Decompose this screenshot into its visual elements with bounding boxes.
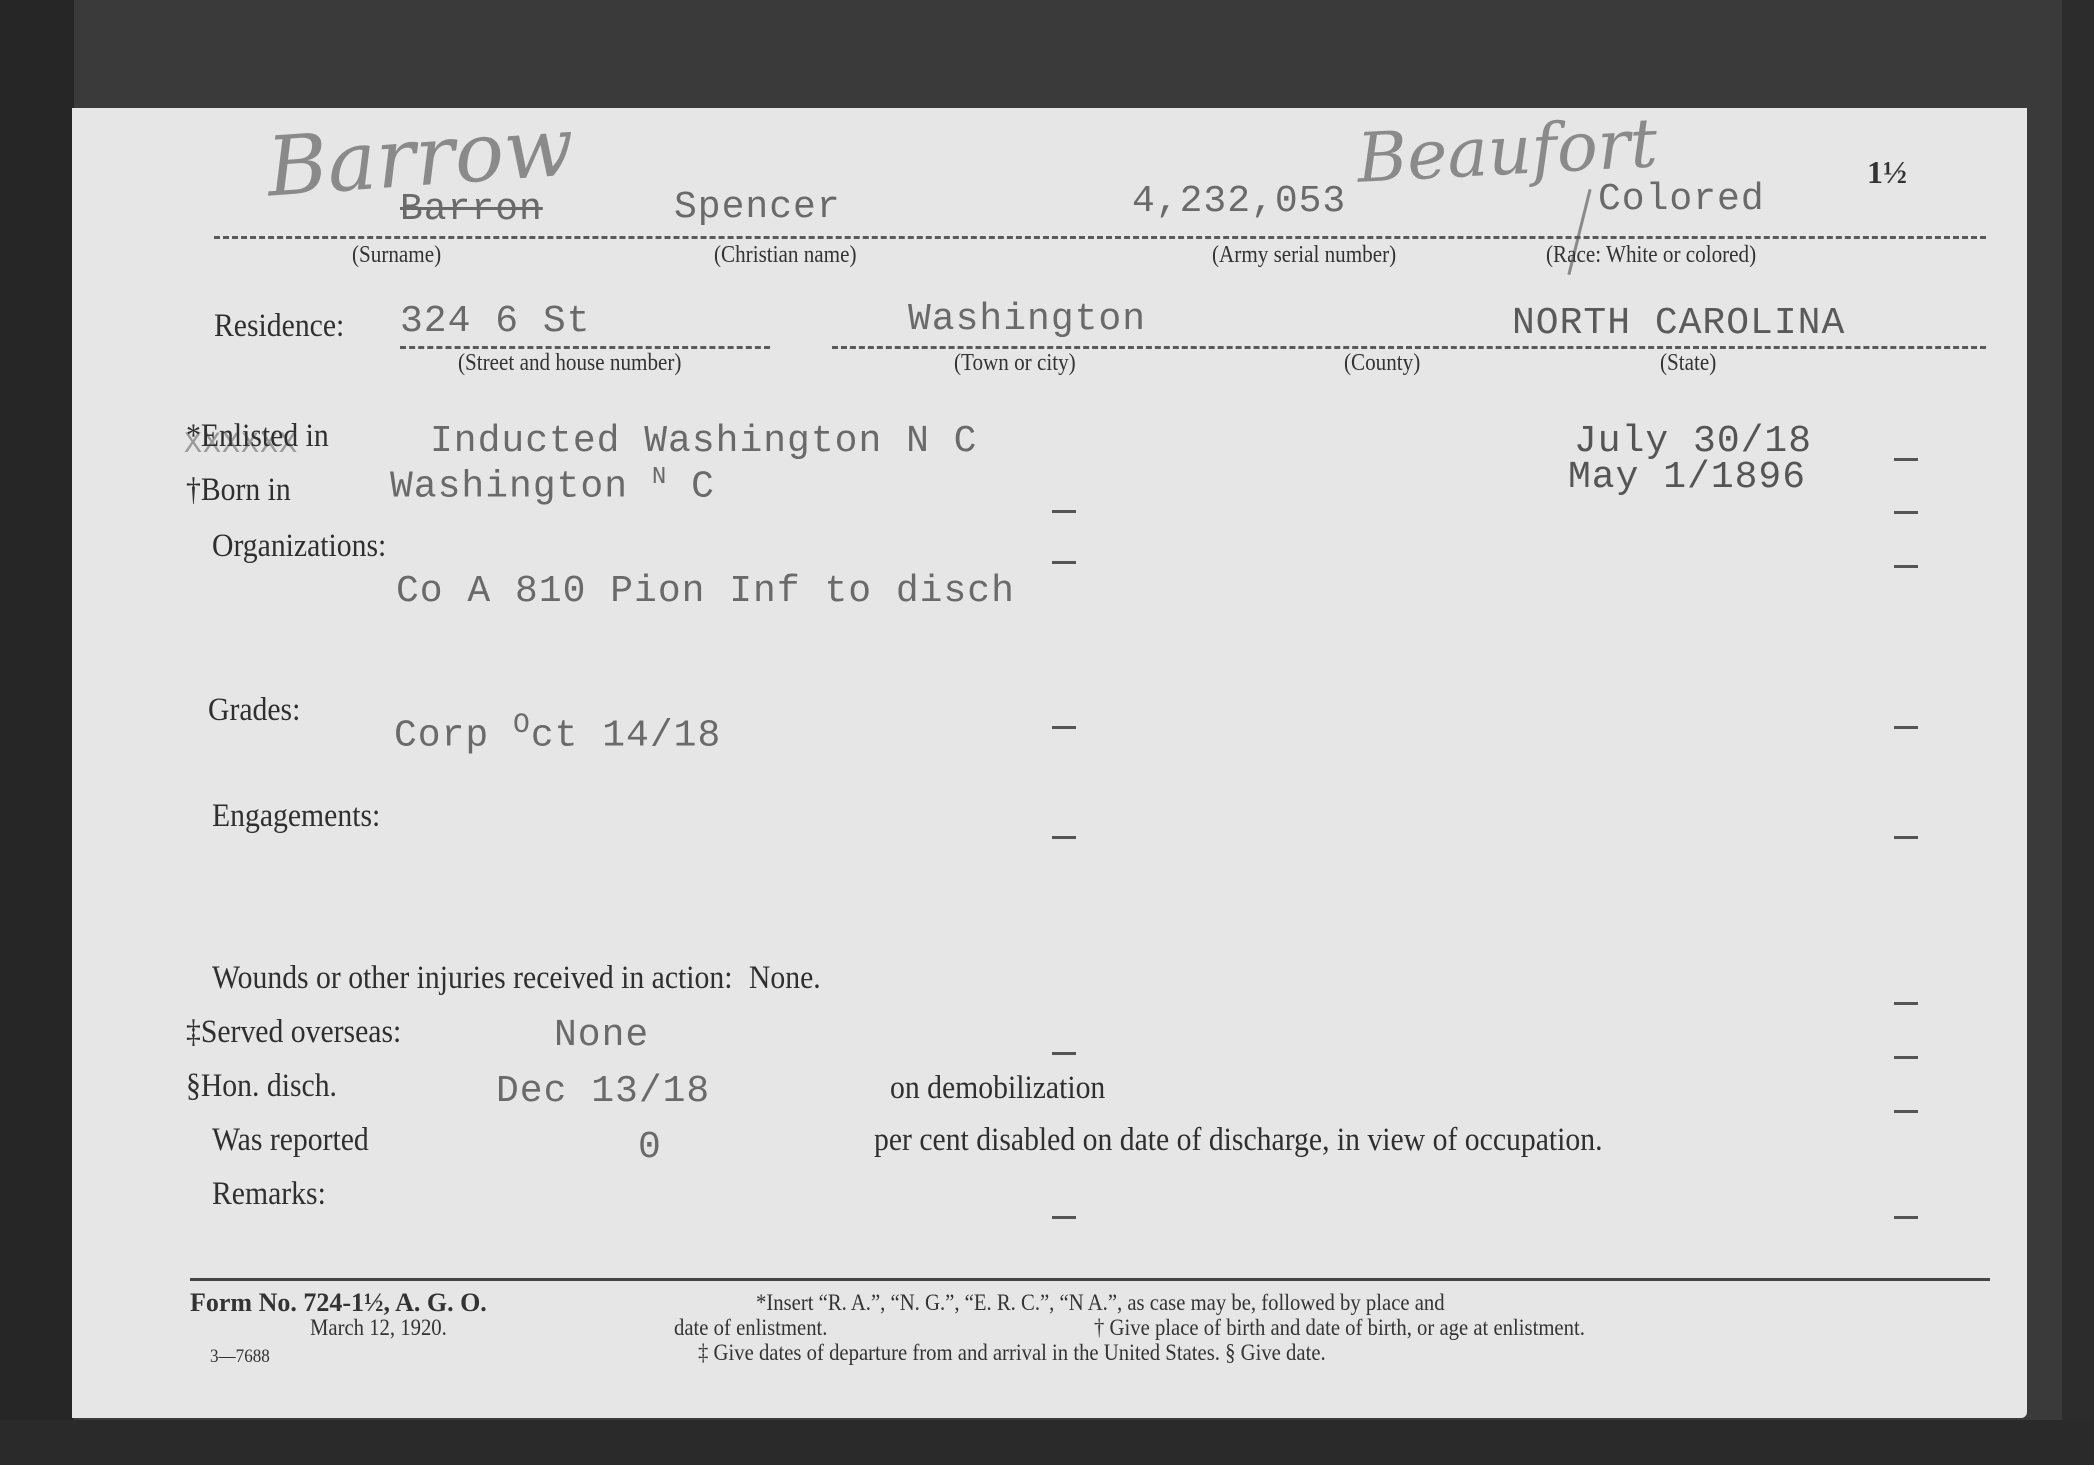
hon-disch-date: Dec 13/18	[496, 1070, 710, 1113]
serial-label: (Army serial number)	[1212, 242, 1396, 269]
grades-value: Corp Oct 14/18	[394, 710, 721, 758]
born-date: May 1/1896	[1568, 456, 1806, 499]
born-place-city: Washington	[390, 466, 628, 509]
tick-right-7	[1894, 1056, 1918, 1059]
tick-right-2	[1894, 511, 1918, 514]
tick-mid-6	[1052, 1216, 1076, 1219]
tick-right-1	[1894, 458, 1918, 461]
residence-label: Residence:	[214, 308, 344, 345]
residence-street: 324 6 St	[400, 300, 590, 343]
footnote-line-2a: date of enlistment.	[674, 1315, 827, 1341]
scan-background-right	[2062, 0, 2094, 1465]
name-row-line	[214, 236, 1986, 239]
grades-label: Grades:	[208, 692, 300, 729]
grade-rank: Corp	[394, 715, 489, 758]
served-overseas-value: None	[554, 1014, 649, 1057]
street-label: (Street and house number)	[458, 350, 681, 377]
tick-right-3	[1894, 565, 1918, 568]
tick-right-8	[1894, 1110, 1918, 1113]
christian-name-label: (Christian name)	[714, 242, 857, 269]
print-code: 3—7688	[210, 1346, 270, 1368]
organizations-label: Organizations:	[212, 528, 386, 565]
tick-right-9	[1894, 1216, 1918, 1219]
served-overseas-label: ‡Served overseas:	[186, 1014, 401, 1051]
footer-rule	[190, 1278, 1990, 1281]
organizations-value: Co A 810 Pion Inf to disch	[396, 570, 1015, 613]
engagements-label: Engagements:	[212, 798, 380, 835]
disability-percent: 0	[638, 1126, 662, 1169]
grade-date: ct 14/18	[531, 715, 721, 758]
surname-typed: Barron	[400, 188, 543, 231]
tick-mid-4	[1052, 836, 1076, 839]
residence-town: Washington	[908, 298, 1146, 341]
footnote-line-3: ‡ Give dates of departure from and arriv…	[698, 1340, 1326, 1366]
corner-mark: 1½	[1867, 154, 1907, 191]
enlisted-value: Inducted Washington N C	[430, 420, 978, 463]
tick-mid-3	[1052, 726, 1076, 729]
scan-background-bottom	[0, 1420, 2094, 1465]
tick-right-5	[1894, 836, 1918, 839]
race-label: (Race: White or colored)	[1546, 242, 1756, 269]
footnote-line-2b: † Give place of birth and date of birth,…	[1094, 1315, 1585, 1341]
tick-mid-2	[1052, 561, 1076, 564]
disability-text: per cent disabled on date of discharge, …	[874, 1122, 1603, 1159]
army-serial-number: 4,232,053	[1132, 180, 1346, 223]
tick-mid-1	[1052, 510, 1076, 513]
born-place-state-super: N	[652, 464, 667, 491]
wounds-label: Wounds or other injuries received in act…	[212, 960, 821, 997]
scan-background-left	[0, 0, 74, 1465]
born-place-state: C	[691, 466, 715, 509]
enlisted-label: *Enlisted in	[186, 418, 329, 455]
tick-right-6	[1894, 1002, 1918, 1005]
county-label: (County)	[1344, 350, 1420, 377]
race-value: Colored	[1598, 178, 1765, 221]
hon-disch-label: §Hon. disch.	[186, 1068, 337, 1105]
hon-disch-reason: on demobilization	[890, 1070, 1105, 1107]
remarks-label: Remarks:	[212, 1176, 326, 1213]
wounds-value: None.	[749, 960, 821, 996]
christian-name: Spencer	[674, 186, 841, 229]
wounds-label-text: Wounds or other injuries received in act…	[212, 960, 733, 996]
town-county-state-line	[832, 346, 1986, 349]
state-label: (State)	[1660, 350, 1716, 377]
tick-mid-5	[1052, 1052, 1076, 1055]
surname-label: (Surname)	[352, 242, 441, 269]
grade-date-super: O	[513, 710, 531, 741]
town-label: (Town or city)	[954, 350, 1076, 377]
residence-state: NORTH CAROLINA	[1512, 302, 1845, 345]
service-record-card: Barrow Beaufort 1½ Barron Spencer 4,232,…	[72, 108, 2027, 1418]
street-line	[400, 346, 770, 349]
form-number: Form No. 724-1½, A. G. O.	[190, 1288, 487, 1318]
born-place: Washington N C	[390, 464, 715, 509]
footnote-line-1: *Insert “R. A.”, “N. G.”, “E. R. C.”, “N…	[756, 1290, 1445, 1316]
form-date: March 12, 1920.	[310, 1315, 447, 1341]
was-reported-label: Was reported	[212, 1122, 369, 1159]
born-label: †Born in	[186, 472, 291, 509]
tick-right-4	[1894, 726, 1918, 729]
